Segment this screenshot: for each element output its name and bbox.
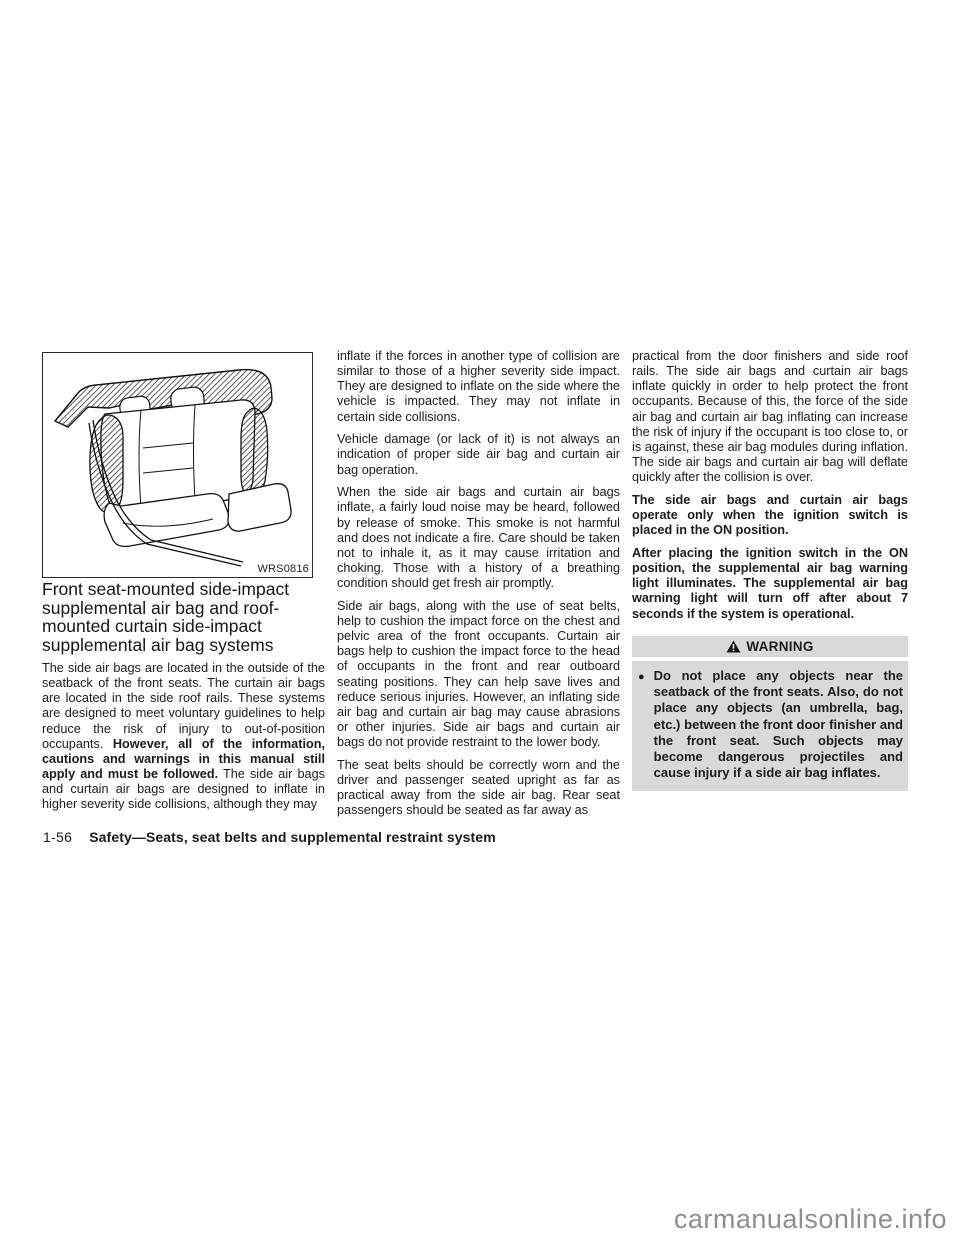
col3-paragraph-3-bold: After placing the ignition switch in the… bbox=[632, 546, 908, 622]
warning-bullet: ● bbox=[638, 669, 645, 685]
footer-section-title: Safety—Seats, seat belts and supplementa… bbox=[89, 829, 496, 845]
text-column-3: practical from the door finishers and si… bbox=[632, 349, 908, 791]
page-number: 1-56 bbox=[43, 829, 72, 845]
text-column-2: inflate if the forces in another type of… bbox=[337, 349, 620, 826]
col3-paragraph-1: practical from the door finishers and si… bbox=[632, 349, 908, 485]
site-watermark: carmanualsonline.info bbox=[674, 1204, 947, 1235]
warning-triangle-icon bbox=[726, 640, 741, 653]
col2-paragraph-3: When the side air bags and curtain air b… bbox=[337, 485, 620, 591]
figure-box: WRS0816 bbox=[42, 352, 313, 578]
text-column-1: The side air bags are located in the out… bbox=[42, 661, 325, 820]
warning-title: WARNING bbox=[746, 639, 813, 654]
col2-paragraph-1: inflate if the forces in another type of… bbox=[337, 349, 620, 425]
col2-paragraph-4: Side air bags, along with the use of sea… bbox=[337, 599, 620, 751]
col1-paragraph: The side air bags are located in the out… bbox=[42, 661, 325, 813]
manual-page: { "figure": { "code": "WRS0816" }, "arti… bbox=[0, 0, 960, 1242]
col3-paragraph-2-bold: The side air bags and curtain air bags o… bbox=[632, 493, 908, 538]
warning-header: WARNING bbox=[632, 636, 908, 657]
col2-paragraph-2: Vehicle damage (or lack of it) is not al… bbox=[337, 432, 620, 477]
side-airbag-right bbox=[241, 408, 268, 497]
section-heading: Front seat-mounted side-impact supplemen… bbox=[42, 580, 334, 654]
col2-paragraph-5: The seat belts should be correctly worn … bbox=[337, 758, 620, 819]
page-footer: 1-56 Safety—Seats, seat belts and supple… bbox=[43, 829, 496, 845]
warning-box: WARNING ● Do not place any objects near … bbox=[632, 636, 908, 791]
seat-airbag-illustration bbox=[43, 353, 312, 577]
warning-item-text: Do not place any objects near the seatba… bbox=[654, 668, 903, 782]
warning-body: ● Do not place any objects near the seat… bbox=[632, 661, 908, 791]
figure-code-label: WRS0816 bbox=[257, 563, 309, 575]
